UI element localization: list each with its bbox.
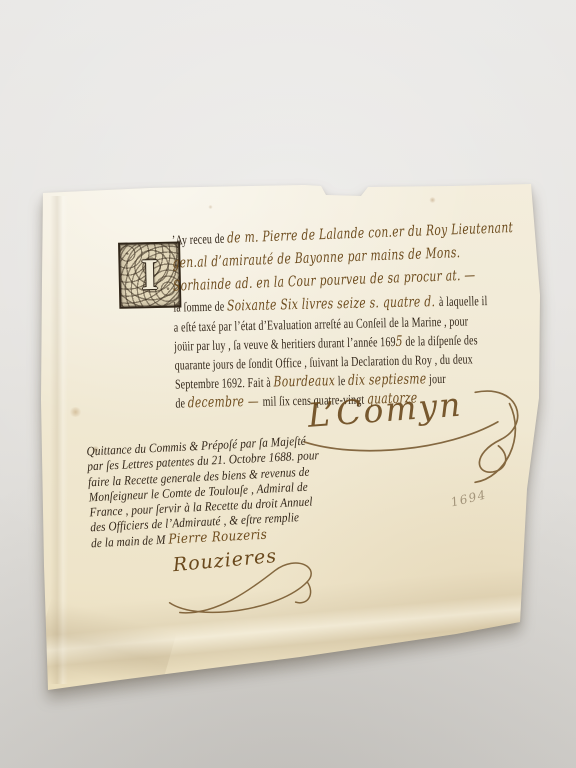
document-content: I ’Ay receu de de m. Pierre de Lalande c…	[0, 0, 576, 768]
printed-text: joüir par luy , ſa veuve & heritiers dur…	[174, 334, 396, 354]
printed-text: de la diſpenſe des	[403, 332, 478, 349]
handwritten-text: de m. Pierre de Lalande con.er du Roy Li…	[227, 220, 514, 246]
woodcut-drop-cap: I	[118, 241, 181, 308]
pencil-annotation: 1694	[449, 487, 488, 509]
printed-text: de	[175, 395, 188, 410]
handwritten-text: Soixante Six livres seize s. quatre d.	[227, 294, 439, 314]
printed-text: ’Ay receu de	[172, 231, 228, 248]
printed-text: la ſomme de	[173, 299, 227, 315]
drop-cap-letter: I	[141, 253, 159, 297]
clerk-signature: Rouzieres	[156, 543, 343, 642]
footer-paragraph: Quittance du Commis & Prépoſé par ſa Maj…	[86, 432, 354, 552]
main-paragraph: ’Ay receu de de m. Pierre de Lalande con…	[167, 0, 576, 3]
printed-text: à laquelle il	[439, 293, 488, 309]
handwritten-text: decembre —	[188, 394, 263, 412]
photo-scene: I ’Ay receu de de m. Pierre de Lalande c…	[0, 0, 576, 768]
handwritten-text: Sorhainde ad. en la Cour pourveu de sa p…	[173, 268, 476, 295]
pencil-date: 1694	[449, 487, 488, 509]
document-line: ’Ay receu de de m. Pierre de Lalande con…	[172, 219, 514, 249]
printed-text: Septembre 1692. Fait à	[175, 375, 274, 392]
